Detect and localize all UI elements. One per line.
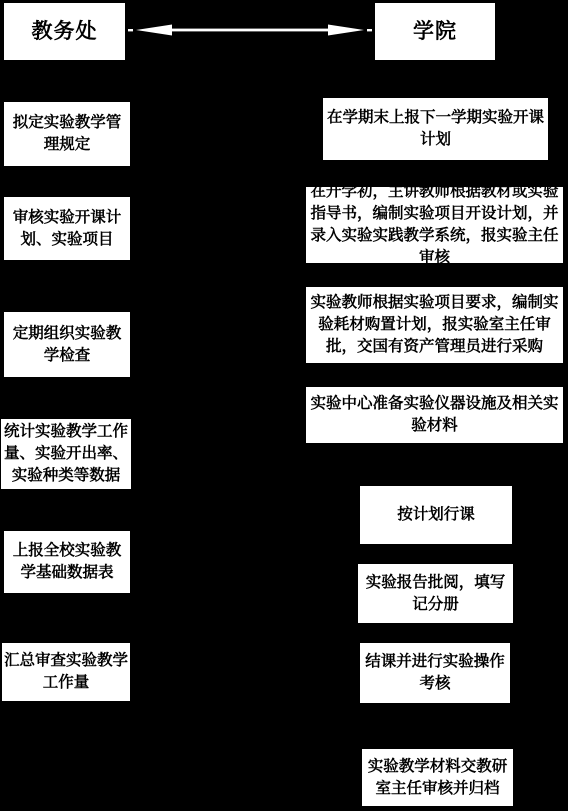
process-box-grade-lab-reports: 实验报告批阅，填写记分册 — [358, 564, 513, 623]
process-box-archive-lab-teaching-materials: 实验教学材料交教研室主任审核并归档 — [362, 749, 513, 806]
process-box-teach-as-planned: 按计划行课 — [360, 486, 512, 544]
process-box-review-lab-course-plan: 审核实验开课计划、实验项目 — [4, 197, 130, 260]
header-box-college: 学院 — [375, 3, 495, 60]
process-box-final-lab-operation-exam: 结课并进行实验操作考核 — [360, 643, 510, 703]
process-box-summarize-lab-workload: 汇总审查实验教学工作量 — [2, 643, 130, 701]
process-box-lab-center-prepare-equipment: 实验中心准备实验仪器设施及相关实验材料 — [306, 387, 563, 443]
header-box-academic-affairs-office: 教务处 — [4, 3, 125, 60]
double-headed-arrow-icon — [128, 22, 372, 38]
flowchart-canvas: 教务处 学院 拟定实验教学管理规定 审核实验开课计划、实验项目 定期组织实验教学… — [0, 0, 568, 811]
process-box-lab-material-purchase-plan: 实验教师根据实验项目要求，编制实验耗材购置计划，报实验室主任审批，交国有资产管理… — [306, 287, 563, 363]
process-box-submit-next-term-lab-plan: 在学期末上报下一学期实验开课计划 — [323, 98, 548, 160]
process-box-organize-lab-teaching-inspection: 定期组织实验教学检查 — [4, 312, 130, 377]
process-box-report-school-lab-data-table: 上报全校实验教学基础数据表 — [4, 531, 130, 593]
process-box-teacher-compile-lab-project-plan: 在开学初，主讲教师根据教材或实验指导书，编制实验项目开设计划，并录入实验实践教学… — [306, 187, 563, 263]
process-box-draft-lab-teaching-rules: 拟定实验教学管理规定 — [4, 102, 130, 166]
process-box-statistics-lab-teaching-data: 统计实验教学工作量、实验开出率、实验种类等数据 — [1, 419, 131, 489]
